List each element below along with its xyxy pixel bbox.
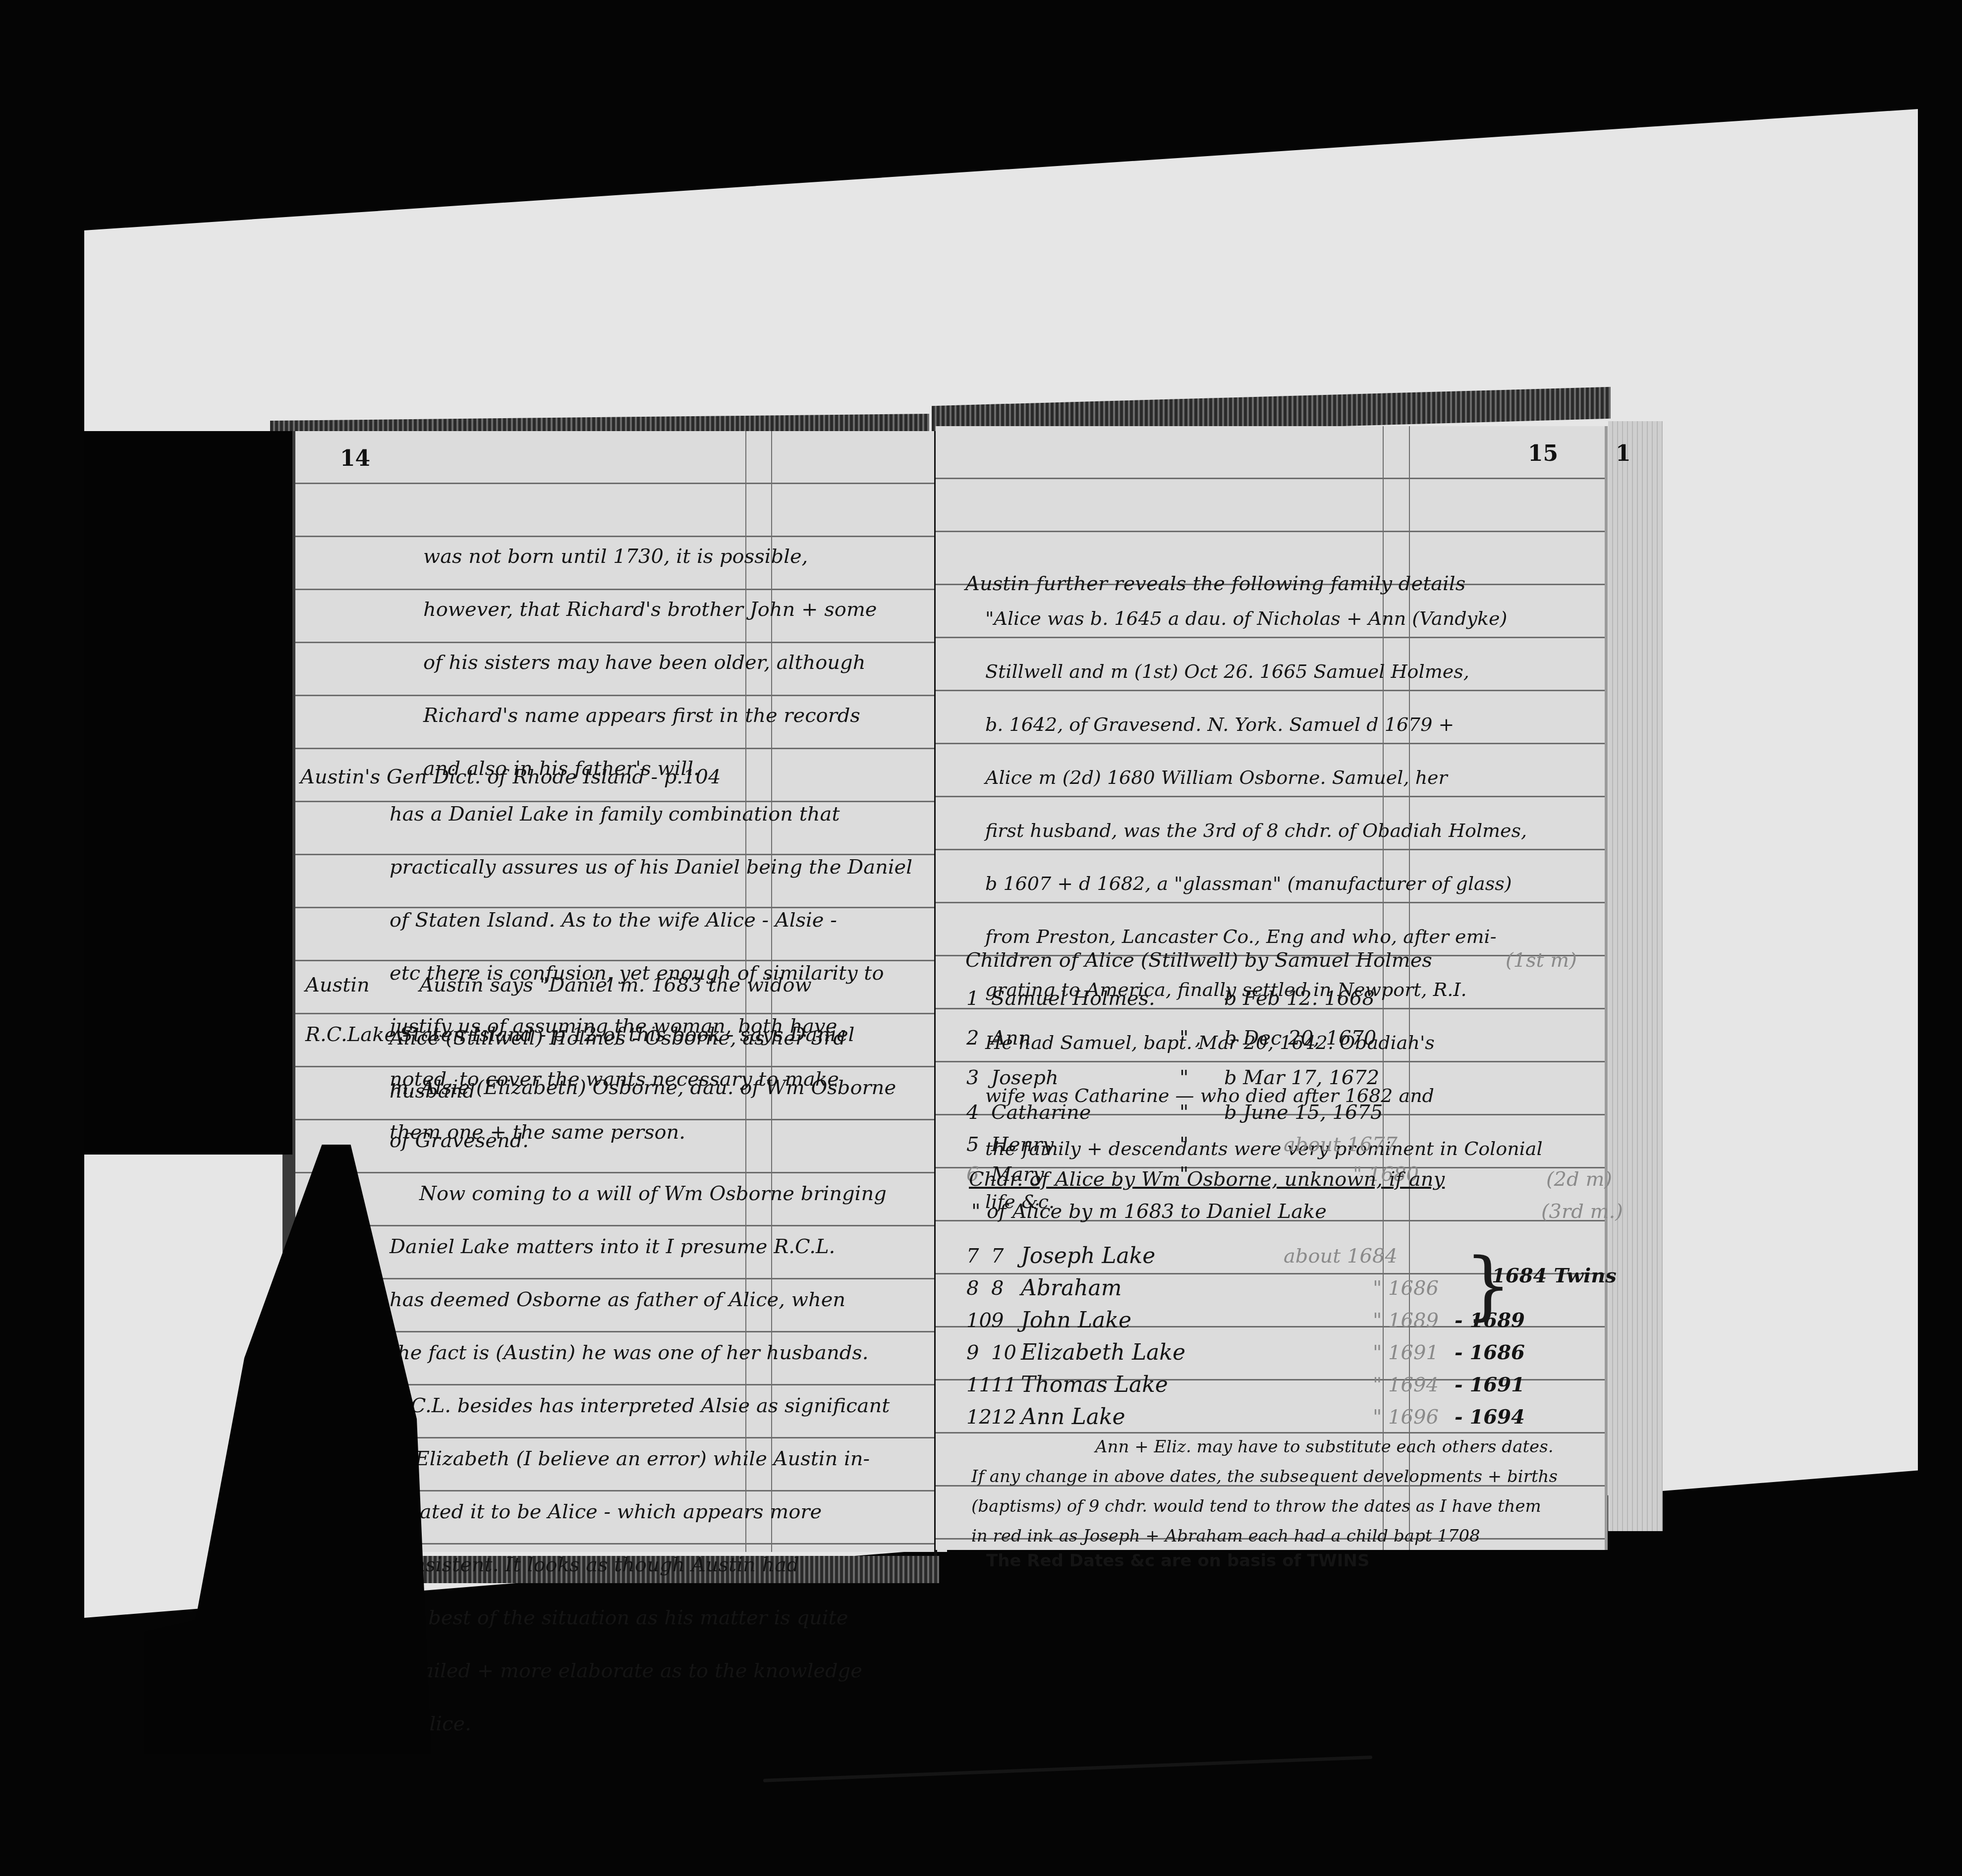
row-number: 12 [991, 1400, 1016, 1435]
text-line: of Staten Island. As to the wife Alice -… [390, 894, 912, 947]
osborne-children-text: Chdr. of Alice by Wm Osborne, unknown, i… [969, 1168, 1445, 1191]
child-name: Joseph [991, 1058, 1059, 1098]
text-line: has deemed Osborne as father of Alice, w… [390, 1273, 896, 1326]
birth-date: " 1691 [1373, 1335, 1439, 1370]
book-clamp-upper [84, 431, 292, 1155]
text-line: consistent. It looks as though Austin ha… [390, 1539, 896, 1592]
lake-children-heading: " of Alice by m 1683 to Daniel Lake [971, 1192, 1327, 1231]
text-line: dicated it to be Alice - which appears m… [390, 1486, 896, 1539]
birth-date: b Dec 20, 1670 [1224, 1018, 1376, 1058]
ditto-mark: " , [1179, 1018, 1201, 1058]
text-line: practically assures us of his Daniel bei… [390, 841, 912, 894]
lake-children-note: (3rd m.) [1541, 1192, 1623, 1231]
text-line: of Elizabeth (I believe an error) while … [390, 1433, 896, 1486]
text-line: m. Alsie (Elizabeth) Osborne, dau. of Wm… [390, 1061, 896, 1114]
alt-number: 10 [966, 1303, 992, 1338]
text-line: Staten Island - p 12 of this book - says… [390, 1008, 896, 1061]
text-line: of Alice. [390, 1698, 896, 1751]
ditto-mark: " [1179, 1058, 1188, 1098]
text-line: first husband, was the 3rd of 8 chdr. of… [985, 804, 1543, 857]
margin-label-austin: Austin [305, 959, 370, 1012]
alt-number: 7 [966, 1239, 979, 1273]
text-line: however, that Richard's brother John + s… [423, 583, 877, 636]
corrected-date: - 1691 [1455, 1368, 1525, 1402]
text-line: If any change in above dates, the subseq… [971, 1462, 1558, 1491]
text-line: b 1607 + d 1682, a "glassman" (manufactu… [985, 857, 1543, 910]
birth-date: " 1696 [1373, 1400, 1439, 1435]
birth-date: " 1686 [1373, 1271, 1439, 1306]
alt-number: 9 [966, 1335, 979, 1370]
row-number: 9 [991, 1303, 1004, 1338]
row-number: 8 [991, 1271, 1004, 1306]
child-name: Joseph Lake [1021, 1239, 1155, 1273]
row-number: 1 [966, 979, 979, 1018]
text-line: detailed + more elaborate as to the know… [390, 1645, 896, 1698]
text-line: Stillwell and m (1st) Oct 26. 1665 Samue… [985, 645, 1543, 698]
text-line: in red ink as Joseph + Abraham each had … [971, 1521, 1558, 1551]
footnote: Ann + Eliz. may have to substitute each … [971, 1432, 1558, 1571]
text-line: Richard's name appears first in the reco… [423, 689, 877, 742]
row-number: 10 [991, 1335, 1016, 1370]
page-number: 15 [1528, 441, 1558, 466]
alt-number: 11 [966, 1368, 992, 1402]
text-line: the best of the situation as his matter … [390, 1592, 896, 1645]
row-number: 7 [991, 1239, 1004, 1273]
text-line: of Gravesend. [390, 1114, 896, 1167]
row-number: 11 [991, 1368, 1016, 1402]
birth-date: " 1694 [1373, 1368, 1439, 1402]
section-rc-lake: Staten Island - p 12 of this book - says… [390, 1008, 896, 1751]
text-line: Ann + Eliz. may have to substitute each … [971, 1432, 1558, 1462]
text-line: The Red Dates &c are on basis of TWINS [971, 1551, 1558, 1571]
child-name: Abraham [1021, 1271, 1122, 1306]
text-line: R.C.L. besides has interpreted Alsie as … [390, 1379, 896, 1433]
text-line: of his sisters may have been older, alth… [423, 636, 877, 689]
text-line: b. 1642, of Gravesend. N. York. Samuel d… [985, 698, 1543, 751]
birth-date: b Mar 17, 1672 [1224, 1058, 1379, 1098]
child-name: Samuel Holmes. [991, 979, 1155, 1018]
alt-number: 12 [966, 1400, 992, 1435]
text-line: Daniel Lake matters into it I presume R.… [390, 1220, 896, 1273]
corrected-date: - 1686 [1455, 1335, 1525, 1370]
text-line: Austin says "Daniel m. 1683 the widow [390, 959, 846, 1012]
child-name: Ann [991, 1018, 1031, 1058]
page-stack-edge [1608, 421, 1663, 1531]
text-line: Now coming to a will of Wm Osborne bring… [390, 1167, 896, 1220]
birth-date: " 1689 [1373, 1303, 1439, 1338]
text-line: the fact is (Austin) he was one of her h… [390, 1326, 896, 1379]
text-line: (baptisms) of 9 chdr. would tend to thro… [971, 1491, 1558, 1521]
board-rule-mark-bottom [763, 1756, 1372, 1782]
text-line: has a Daniel Lake in family combination … [390, 788, 912, 841]
text-line: "Alice was b. 1645 a dau. of Nicholas + … [985, 592, 1543, 645]
row-number: 3 [966, 1058, 979, 1098]
next-page-number: 1 [1616, 441, 1631, 466]
birth-date: b Feb 12. 1668 [1224, 979, 1375, 1018]
child-name: John Lake [1021, 1303, 1131, 1338]
child-name: Thomas Lake [1021, 1368, 1168, 1402]
child-name: Ann Lake [1021, 1400, 1125, 1435]
alt-number: 8 [966, 1271, 979, 1306]
birth-date: about 1684 [1284, 1239, 1398, 1273]
twins-note: 1684 Twins [1492, 1259, 1617, 1293]
page-number: 14 [340, 446, 370, 471]
child-name: Elizabeth Lake [1021, 1335, 1185, 1370]
corrected-date: - 1694 [1455, 1400, 1525, 1435]
text-line: Alice m (2d) 1680 William Osborne. Samue… [985, 751, 1543, 804]
row-number: 2 [966, 1018, 979, 1058]
text-line: was not born until 1730, it is possible, [423, 530, 877, 583]
